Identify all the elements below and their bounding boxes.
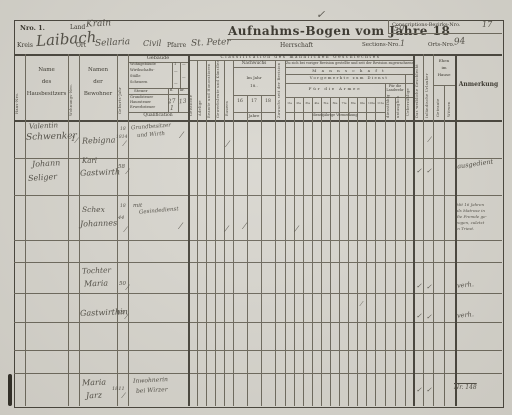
gebaeude-row-value: — [174,82,178,86]
age-class: 1te [285,101,294,105]
age-class: 4te [312,101,321,105]
landwehr-sub: dienstfähig [387,99,391,118]
entry-mark: ⁄ [361,301,362,308]
bewohner-l1: Namen [79,68,117,74]
grid-line [14,262,502,263]
grid-line [14,373,502,374]
entry-mark: ⁄ [180,222,181,231]
urlauber-col: Inländische Urlauber [426,58,430,118]
entry-mark: ✓ [426,386,432,394]
grid-line [339,97,340,406]
grid-line [172,62,173,88]
owner-l2: des [25,80,68,86]
age-class: 6te [330,101,339,105]
landwehr-header: Für die Landwehr [385,85,405,92]
column-partei: Wohnungs-Nro. [70,66,74,116]
entry-owner: Schwenker [26,131,77,143]
entry-birthyear: 44 [118,215,124,221]
gebaeude-row-value: — [182,63,186,67]
age-class-cells: 1te 2te 3te 4te 5te 6te 7te 8te 9te 10te… [285,101,385,105]
steuer-col-b: kr. [180,89,185,93]
ueberzaehlige-col: Ueberzählige [407,78,411,116]
gebaeude-row-label: Ställe [130,75,140,79]
entry-resident: Gastwirth [80,167,120,177]
female-col: Das weibliche Geschlecht [416,58,420,118]
herrschaft-label: Herrschaft [280,43,313,49]
nachwuchs-mid: Im Jahr [233,76,275,80]
column-bewohner: Namen der Bewohner [79,68,117,97]
entry-anmerkung: zogen, zuletzt [456,220,484,225]
entry-mark: ⁄ [124,140,125,148]
ages-unit: Jahre [233,114,275,118]
entry-anmerkung: Nr. 148 [454,384,477,391]
entry-mark: ⁄ [127,168,128,176]
entry-birthyear: 18 [120,204,126,209]
entry-resident: Maria [82,378,106,388]
orts-label: Orts-Nro. [428,43,454,49]
entry-birthyear: 18 [120,127,126,132]
entry-partei: 1 [71,135,75,143]
entry-resident: Johannes [80,218,117,228]
ehen-sub: Witwen [448,89,452,117]
ort-label: Ort [76,43,86,49]
age-class: 11te [376,101,385,105]
landwehr-sub: untauglich [397,99,401,118]
age-class: 3te [303,101,312,105]
age-class: 9te [358,101,367,105]
entry-mark: ✓ [426,283,432,291]
gebaeude-row-value: 1 [174,63,176,67]
entry-mark: ⁄ [296,225,297,234]
entry-mark: ⁄ [429,136,430,144]
grid-line [433,54,434,406]
nachwuchs-year: 18.. [233,84,275,88]
zuwachs-col: Zuwachs seit der Revision [278,62,282,118]
age-class: 10te [367,101,376,105]
ehen-header: Ehen im Hause [433,59,455,78]
steuer-col-a: fl. [170,89,174,93]
grid-line [14,195,502,196]
conscription-value: 17 [482,20,492,29]
mannschaft-band: M a n n s c h a f t [285,69,413,73]
grid-line [14,322,502,323]
entry-mark: ✓ [416,312,422,320]
entry-qualification: mit [133,203,142,209]
age-16: 16 [233,99,247,104]
revision-line: Zu sich bei voriger Revision gestellte u… [286,62,412,66]
entry-birthyear: 50 [119,281,126,287]
entry-birthyear: 1814 [116,135,127,140]
entry-anmerkung: in Triest. [456,226,474,231]
grid-line [79,54,80,406]
grid-line [348,97,349,406]
entry-mark: ✓ [416,167,422,175]
grid-line [294,97,295,406]
entry-anmerkung: verh. [457,310,475,319]
category-col: Bauern [226,64,230,116]
entry-anmerkung: als Matrose in [456,208,485,213]
grid-line [405,74,406,406]
grid-line [14,120,502,122]
grid-line [261,95,262,406]
kreis-label: Kreis [17,43,33,49]
scanned-census-form: ✓ Nro. 1. Land Krain Aufnahms-Bogen vom … [0,0,512,415]
entry-owner: Johann [32,158,61,168]
entry-birthyear: 58 [118,164,125,170]
entry-mark: ⁄ [126,313,127,321]
ort-value: Sellaria [95,37,131,49]
category-col: Gewerbsleute und Künstler [217,62,221,118]
age-class: 5te [321,101,330,105]
column-owner: Name des Hausbesitzers [25,68,68,97]
grid-line [233,95,275,96]
grid-line [14,293,502,294]
entry-resident: Rebigna [82,135,116,145]
entry-resident: Tochter [82,265,111,275]
entry-mark: ✓ [426,167,432,175]
steuer-label: Steuer [134,89,148,93]
grid-line [233,60,234,406]
steuer-value: 1 [170,105,174,112]
entry-resident: Karl [82,157,97,165]
anmerkung-header: Anmerkung [455,82,502,88]
column-hausno: Haus-Nro. [16,68,20,114]
grid-line [330,97,331,406]
landwehr-l2: Landwehr [385,89,405,93]
ehen-l3: Hause [433,73,455,77]
orts-value: 94 [454,36,466,47]
ehen-l2: im [433,66,455,70]
entry-mark: ✓ [426,313,432,321]
grid-line [303,97,304,406]
grid-line [25,54,26,406]
entry-mark: ⁄ [227,140,228,149]
entry-mark: ⁄ [181,131,182,140]
age-class: 7te [340,101,349,105]
entry-resident: Maria [84,279,108,289]
age-cells: 16 17 18 [233,99,275,104]
entry-mark: ⁄ [127,284,128,292]
owner-l3: Hausbesitzers [25,92,68,98]
entry-mark: ⁄ [123,392,124,400]
ink-blot [8,374,12,406]
grid-line [366,97,367,406]
entry-birthyear: 68 [117,310,124,316]
gebaeude-row-label: Wirthschafts- [130,69,154,73]
grid-line [423,54,424,406]
age-class: 2te [294,101,303,105]
pfarre-label: Pfarre [167,43,186,49]
grid-line [375,97,376,406]
owner-l1: Name [25,68,68,74]
form-title: Aufnahms-Bogen vom Jahre 18 [228,25,398,38]
armee-footer: dienstjährige Vormerkung [285,114,385,118]
entry-mark: ⁄ [244,222,245,231]
age-class: 8te [349,101,358,105]
gebaeude-row-value: — [182,76,186,80]
grid-line [275,60,276,406]
gebaeude-row-label: Scheuern [130,81,147,85]
grid-line [14,350,502,351]
entry-mark: ✓ [416,386,422,394]
age-17: 17 [247,99,261,104]
grid-line [395,97,396,406]
sections-value: 1 [400,39,405,48]
armee-band: Für die Armee [285,87,385,91]
gebaeude-title: Gebäude [128,56,188,61]
ort-value2: Civil [143,39,161,48]
steuer-row-label: Erwerbsteuer [130,106,155,110]
sections-label: Sections-Nro. [362,43,400,49]
entry-mark: ⁄ [125,226,126,234]
entry-mark: ⁄ [226,225,227,234]
grid-line [357,97,358,406]
grid-line [385,83,386,406]
vorgemerkte-band: Vorgemerkte zum Dienst [285,76,413,80]
grid-line [233,67,275,68]
age-18: 18 [261,99,275,104]
entry-anmerkung: die Fremde ge- [456,214,487,219]
qualification-label: Qualification [128,114,188,119]
category-col: Geistliche [190,64,194,116]
entry-resident: Schex [82,205,105,214]
grid-line [180,62,181,88]
ehen-sub: Getraute [437,89,441,117]
entry-mark: ⁄ [76,137,77,145]
conscription-label: Conscriptions-Bezirks-Nro. [392,23,461,28]
gebaeude-row-value: — [174,70,178,74]
grid-line [285,97,413,98]
ehen-l1: Ehen [433,59,455,63]
steuer-value: 13 [179,98,187,106]
nachwuchs-title: Nachwuchs [233,61,275,65]
bewohner-l2: der [79,80,117,86]
column-geburtsjahr: Geburts-Jahr [119,68,123,114]
gebaeude-row-label: Wohngebäude [130,63,156,67]
grid-line [285,60,286,406]
category-col: Beamte und Honoratioren [208,62,212,118]
category-col: Adelige [199,64,203,116]
entry-owner: Valentin [29,121,58,131]
pfarre-value: St. Peter [191,37,231,48]
entry-mark: ✓ [416,282,422,290]
bewohner-l3: Bewohner [79,92,117,98]
grid-line [321,97,322,406]
grid-line [128,54,129,406]
classification-title: Classification des männlichen Geschlecht… [188,55,413,59]
grid-line [14,240,502,241]
grid-line [312,97,313,406]
entry-anmerkung: Mit 16 Jahren [456,202,484,207]
entry-resident: Jarz [86,391,102,401]
entry-anmerkung: verh. [457,280,475,289]
grid-line [444,85,445,406]
grid-line [247,95,248,406]
